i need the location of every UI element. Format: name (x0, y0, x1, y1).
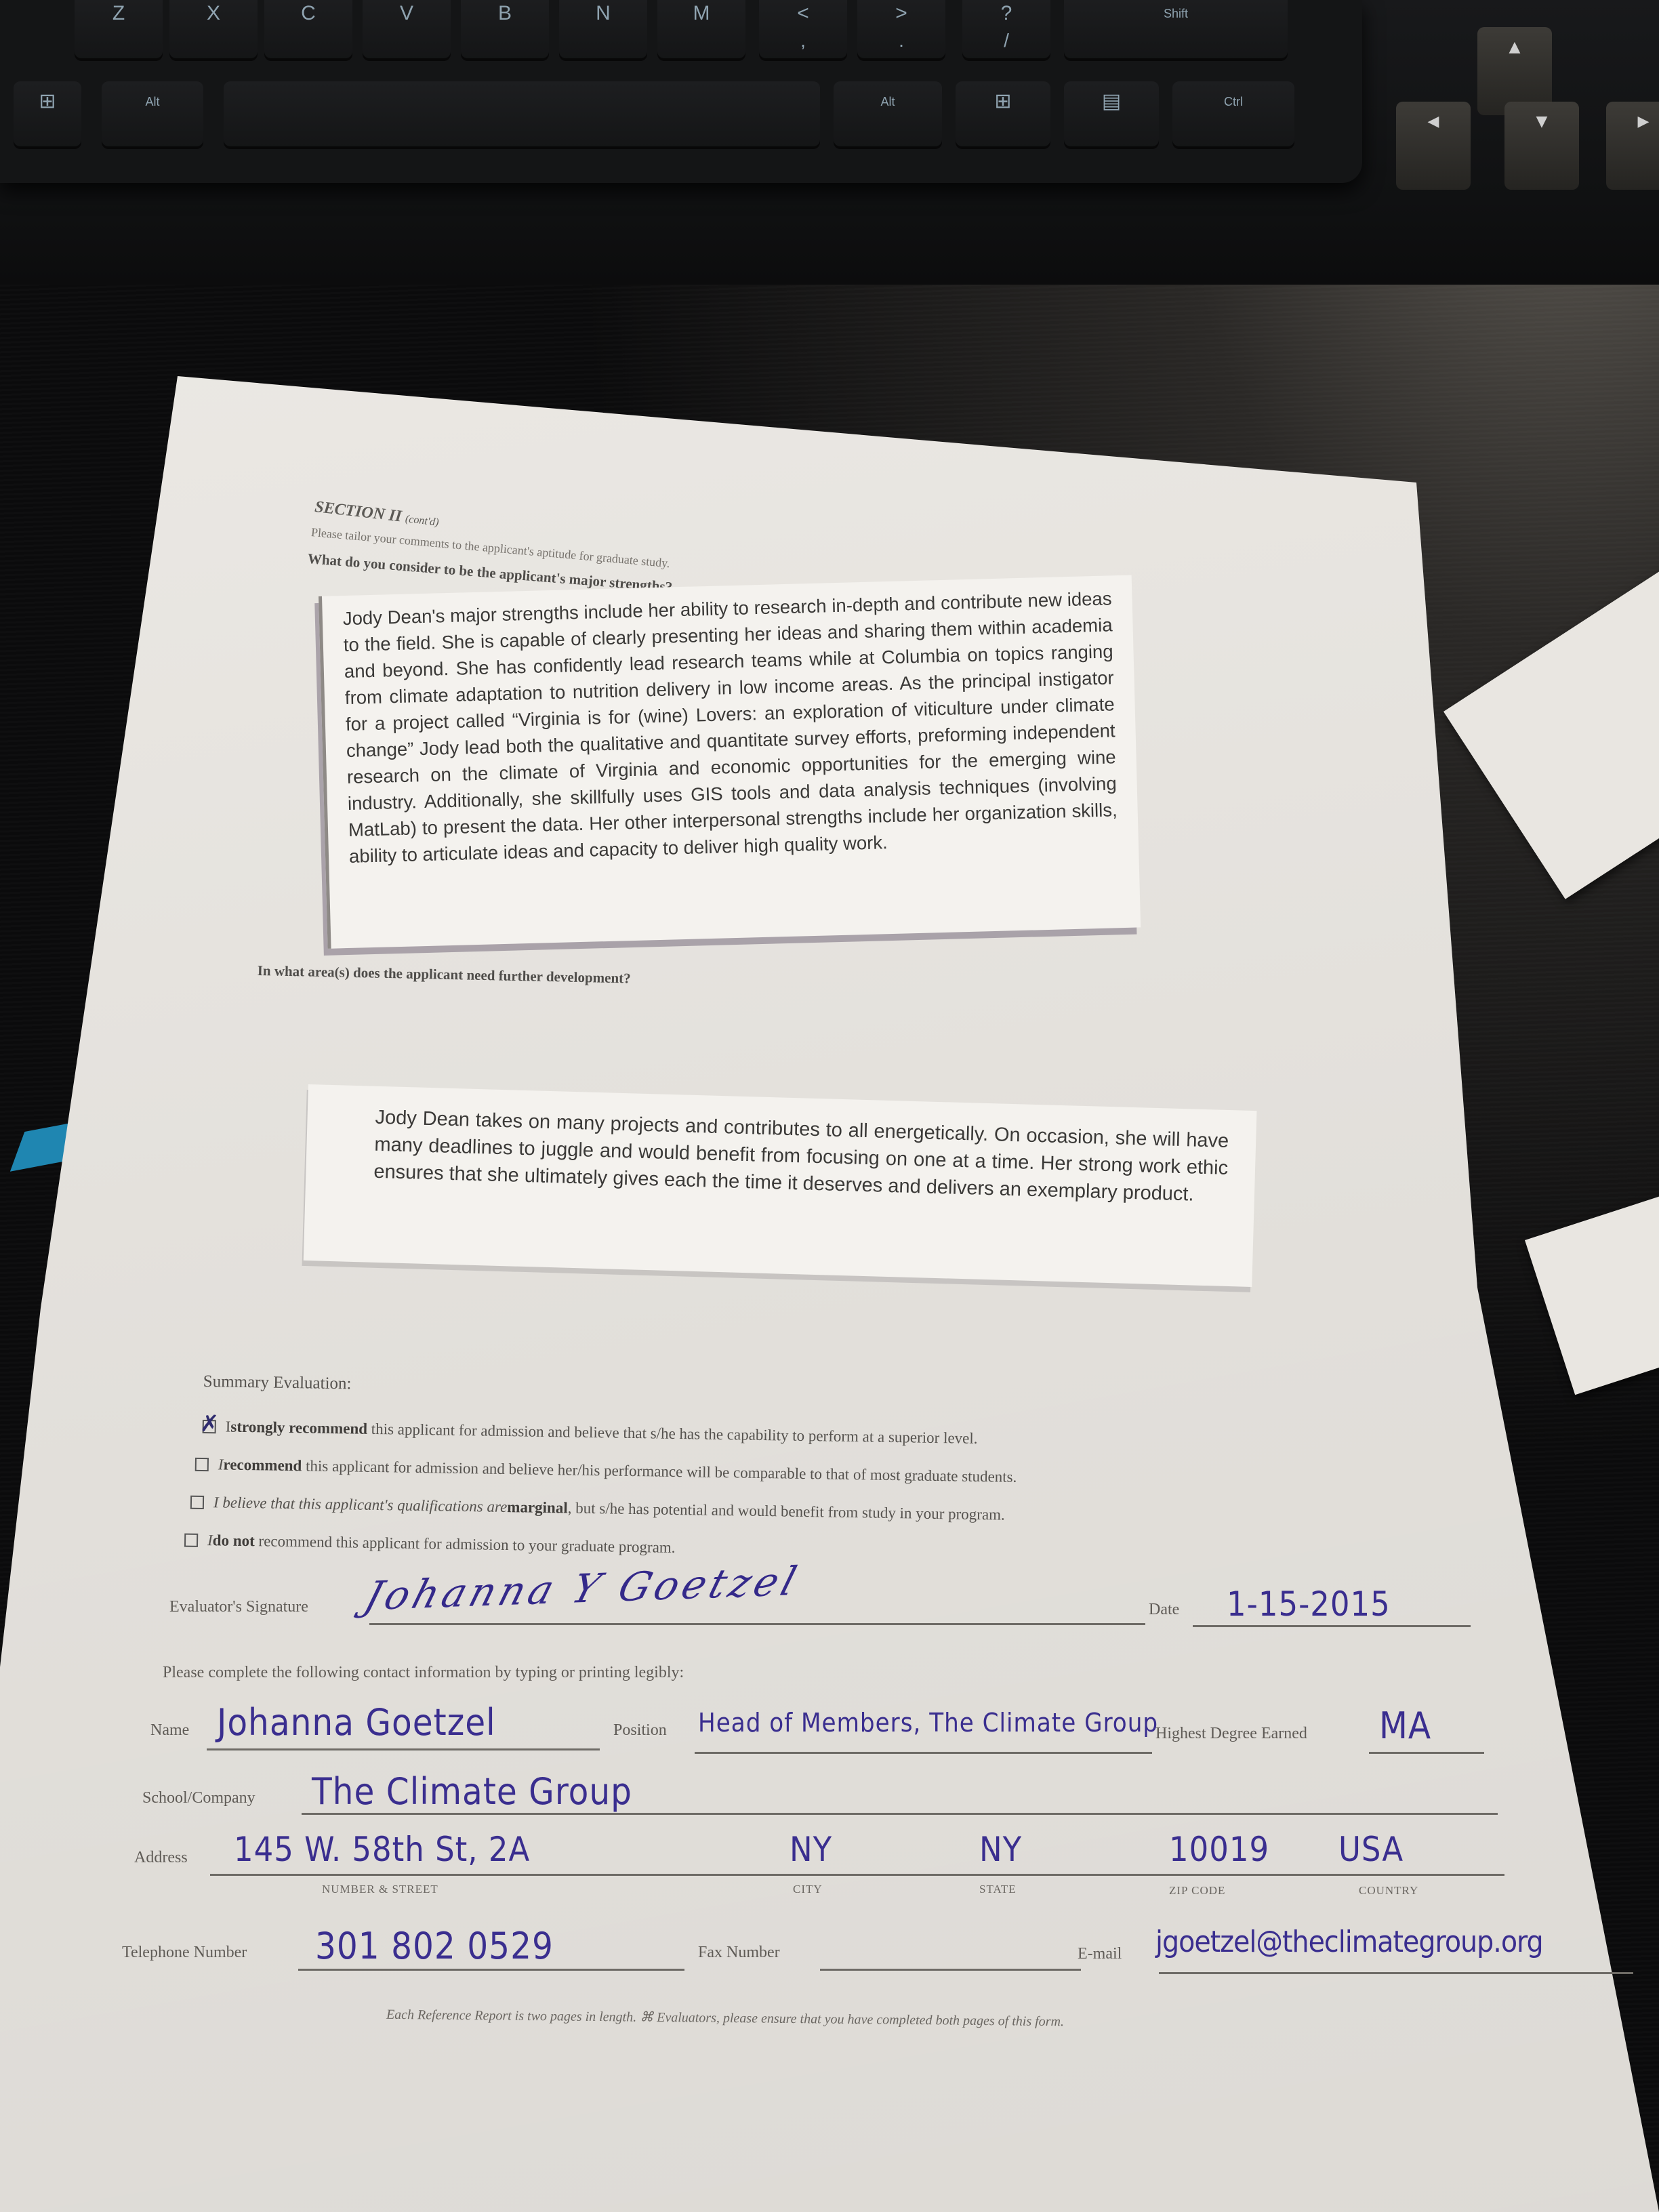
phone-field[interactable]: 301 802 0529 (315, 1925, 554, 1967)
city-caption: CITY (793, 1883, 823, 1896)
company-label: School/Company (142, 1789, 255, 1807)
footer-note: Each Reference Report is two pages in le… (386, 2006, 1064, 2030)
signature-label: Evaluator's Signature (169, 1598, 308, 1616)
zip-field[interactable]: 10019 (1169, 1830, 1269, 1869)
name-field[interactable]: Johanna Goetzel (217, 1701, 496, 1744)
street-field[interactable]: 145 W. 58th St, 2A (234, 1830, 530, 1869)
country-caption: COUNTRY (1359, 1884, 1418, 1898)
fax-label: Fax Number (698, 1944, 780, 1962)
date-line (1193, 1625, 1471, 1627)
degree-field[interactable]: MA (1379, 1704, 1431, 1747)
email-line (1159, 1972, 1633, 1974)
phone-label: Telephone Number (122, 1944, 247, 1962)
signature-field[interactable]: Johanna Y Goetzel (359, 1557, 805, 1619)
date-field[interactable]: 1-15-2015 (1227, 1584, 1391, 1624)
form-content: SECTION II (cont'd) Please tailor your c… (0, 0, 1659, 2212)
state-caption: STATE (979, 1883, 1017, 1896)
fax-line (820, 1969, 1081, 1971)
contact-instruction: Please complete the following contact in… (163, 1664, 684, 1682)
company-field[interactable]: The Climate Group (312, 1770, 632, 1813)
state-field[interactable]: NY (979, 1830, 1022, 1869)
signature-line (369, 1623, 1145, 1625)
zip-caption: ZIP CODE (1169, 1884, 1225, 1898)
street-caption: NUMBER & STREET (322, 1883, 438, 1896)
country-field[interactable]: USA (1338, 1830, 1404, 1869)
company-line (302, 1813, 1498, 1815)
phone-line (298, 1969, 684, 1971)
address-label: Address (134, 1849, 188, 1867)
position-field[interactable]: Head of Members, The Climate Group (698, 1708, 1158, 1738)
degree-label: Highest Degree Earned (1155, 1725, 1307, 1743)
position-label: Position (613, 1721, 667, 1740)
name-label: Name (150, 1721, 189, 1740)
email-field[interactable]: jgoetzel@theclimategroup.org (1155, 1925, 1543, 1959)
address-line (210, 1874, 1504, 1876)
date-label: Date (1149, 1601, 1179, 1619)
name-line (207, 1748, 600, 1750)
degree-line (1369, 1752, 1484, 1754)
contact-form: Evaluator's Signature Johanna Y Goetzel … (0, 0, 1659, 2212)
email-label: E-mail (1078, 1945, 1122, 1963)
position-line (695, 1752, 1152, 1754)
city-field[interactable]: NY (790, 1830, 832, 1869)
